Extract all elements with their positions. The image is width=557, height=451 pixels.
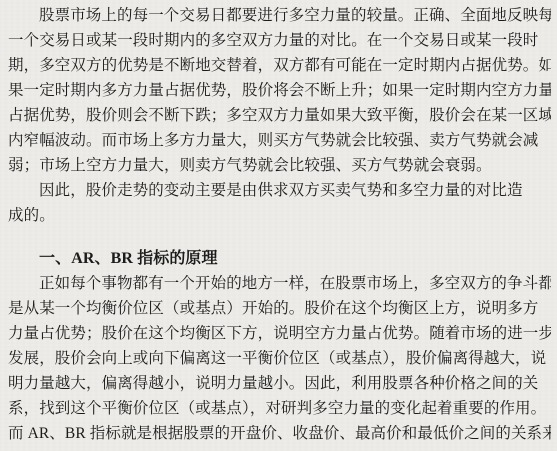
paragraph-market-forces: 股票市场上的每一个交易日都要进行多空力量的较量。正确、全面地反映每 一个交易日或… (8, 3, 551, 178)
text-line: 占据优势，股价则会不断下跌；多空双方力量如果大致平衡，股价会在某一区域 (8, 103, 551, 128)
text-line: 因此，股价走势的变动主要是由供求双方买卖气势和多空力量的对比造 (8, 178, 551, 203)
text-line: 力量占优势；股价在这个均衡区下方，说明空方力量占优势。随着市场的进一步 (8, 321, 551, 346)
body-text: 股票市场上的每一个交易日都要进行多空力量的较量。正确、全面地反映每 一个交易日或… (8, 3, 551, 446)
text-line: 弱；市场上空方力量大，则卖方气势就会比较强、买方气势就会衰弱。 (8, 153, 551, 178)
section-heading-ar-br-principle: 一、AR、BR 指标的原理 (8, 246, 551, 271)
text-line: 系，找到这个平衡价位区（或基点），对研判多空力量的变化起着重要的作用。 (8, 396, 551, 421)
text-line: 明力量越大，偏离得越小，说明力量越小。因此，利用股票各种价格之间的关 (8, 371, 551, 396)
text-line: 内窄幅波动。而市场上多方力量大，则买方气势就会比较强、卖方气势就会减 (8, 128, 551, 153)
document-page: 股票市场上的每一个交易日都要进行多空力量的较量。正确、全面地反映每 一个交易日或… (0, 0, 557, 451)
text-line: 发展，股价会向上或向下偏离这一平衡价位区（或基点），股价偏离得越大，说 (8, 346, 551, 371)
text-line: 正如每个事物都有一个开始的地方一样，在股票市场上，多空双方的争斗都 (8, 271, 551, 296)
text-line: 股票市场上的每一个交易日都要进行多空力量的较量。正确、全面地反映每 (8, 3, 551, 28)
text-line: 成的。 (8, 203, 551, 228)
text-line: 一个交易日或某一段时期内的多空双方力量的对比。在一个交易日或某一段时 (8, 28, 551, 53)
paragraph-conclusion: 因此，股价走势的变动主要是由供求双方买卖气势和多空力量的对比造 成的。 (8, 178, 551, 228)
text-line: 而 AR、BR 指标就是根据股票的开盘价、收盘价、最高价和最低价之间的关系来 (8, 421, 551, 446)
text-line: 果一定时期内多方力量占据优势，股价将会不断上升；如果一定时期内空方力量 (8, 78, 551, 103)
text-line: 是从某一个均衡价位区（或基点）开始的。股价在这个均衡区上方，说明多方 (8, 296, 551, 321)
paragraph-ar-br-principle: 正如每个事物都有一个开始的地方一样，在股票市场上，多空双方的争斗都 是从某一个均… (8, 271, 551, 446)
text-line: 期，多空双方的优势是不断地交替着，双方都有可能在一定时期内占据优势。如 (8, 53, 551, 78)
